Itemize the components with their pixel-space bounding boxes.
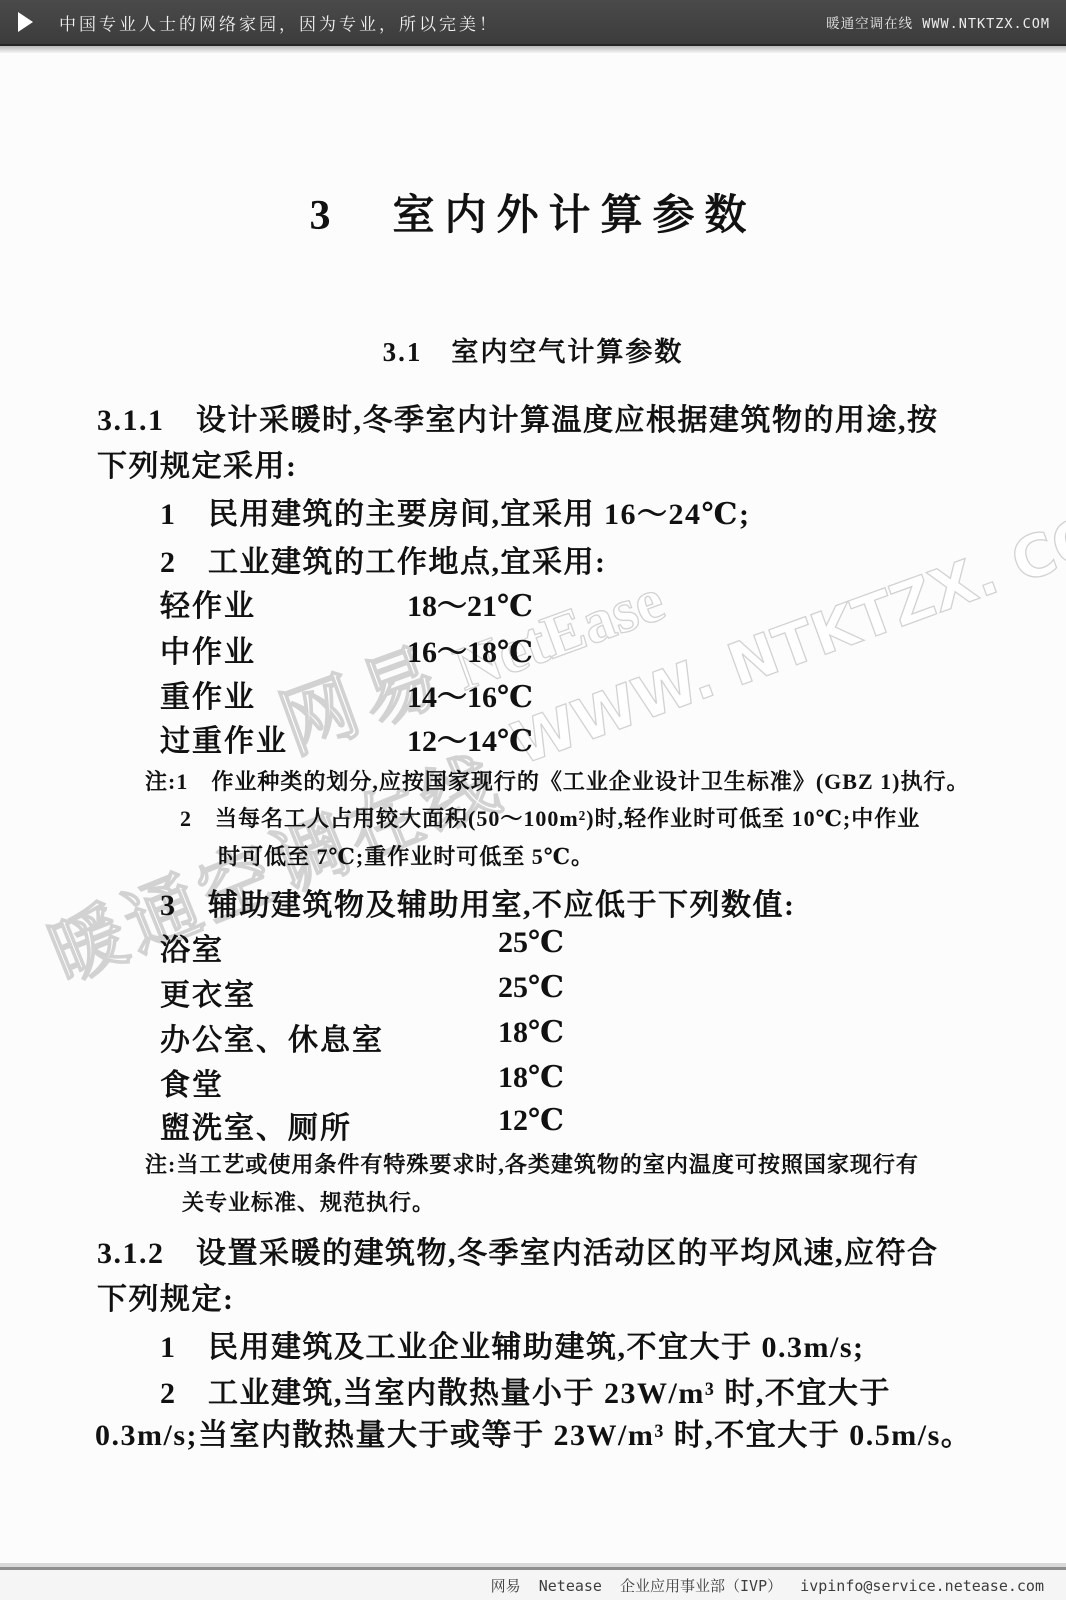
room-row: 浴室 25℃ <box>0 925 1066 961</box>
room-value: 18℃ <box>498 1060 564 1095</box>
work-level-value: 14～16℃ <box>407 672 533 716</box>
clause-312-line2: 下列规定: <box>97 1274 235 1318</box>
clause-311-note3-line2: 关专业标准、规范执行。 <box>182 1186 435 1217</box>
room-value: 12℃ <box>498 1103 564 1138</box>
clause-312-line1: 3.1.2 设置采暖的建筑物,冬季室内活动区的平均风速,应符合 <box>97 1228 939 1272</box>
clause-311-note3-line1: 注:当工艺或使用条件有特殊要求时,各类建筑物的室内温度可按照国家现行有 <box>145 1148 919 1179</box>
clause-311-item1: 1 民用建筑的主要房间,宜采用 16～24℃; <box>160 489 750 533</box>
work-level-value: 16～18℃ <box>407 627 533 671</box>
work-level-label: 中作业 <box>160 627 256 671</box>
header-slogan: 中国专业人士的网络家园，因为专业，所以完美！ <box>59 10 499 35</box>
work-level-value: 12～14℃ <box>407 716 533 760</box>
clause-311-note1: 注:1 作业种类的划分,应按国家现行的《工业企业设计卫生标准》(GBZ 1)执行… <box>145 765 969 796</box>
work-level-row: 轻作业 18～21℃ <box>0 581 1066 617</box>
room-label: 盥洗室、厕所 <box>160 1103 352 1147</box>
section-title: 3.1 室内空气计算参数 <box>0 330 1066 369</box>
work-level-label: 过重作业 <box>160 716 288 760</box>
room-value: 18℃ <box>498 1015 564 1050</box>
clause-312-item1: 1 民用建筑及工业企业辅助建筑,不宜大于 0.3m/s; <box>160 1322 865 1366</box>
work-level-label: 重作业 <box>160 672 256 716</box>
room-row: 更衣室 25℃ <box>0 970 1066 1006</box>
room-row: 办公室、休息室 18℃ <box>0 1015 1066 1051</box>
play-triangle-icon <box>18 12 33 32</box>
clause-311-line1: 3.1.1 设计采暖时,冬季室内计算温度应根据建筑物的用途,按 <box>97 395 939 439</box>
header-banner: 中国专业人士的网络家园，因为专业，所以完美！ 暖通空调在线 WWW.NTKTZX… <box>0 0 1066 46</box>
scanned-document-page: 中国专业人士的网络家园，因为专业，所以完美！ 暖通空调在线 WWW.NTKTZX… <box>0 0 1066 1600</box>
footer-text: 网易 Netease 企业应用事业部（IVP） ivpinfo@service.… <box>491 1575 1044 1596</box>
room-row: 盥洗室、厕所 12℃ <box>0 1103 1066 1139</box>
room-value: 25℃ <box>498 970 564 1005</box>
work-level-row: 中作业 16～18℃ <box>0 627 1066 663</box>
clause-311-item3: 3 辅助建筑物及辅助用室,不应低于下列数值: <box>160 880 796 924</box>
room-label: 浴室 <box>160 925 224 969</box>
work-level-row: 重作业 14～16℃ <box>0 672 1066 708</box>
clause-312-item2-line2: 0.3m/s;当室内散热量大于或等于 23W/m³ 时,不宜大于 0.5m/s。 <box>95 1410 972 1454</box>
header-site-label: 暖通空调在线 WWW.NTKTZX.COM <box>826 12 1050 32</box>
clause-311-item2: 2 工业建筑的工作地点,宜采用: <box>160 537 607 581</box>
clause-311-note2-line1: 2 当每名工人占用较大面积(50～100m²)时,轻作业时可低至 10℃;中作业 <box>180 802 920 833</box>
clause-312-item2-line1: 2 工业建筑,当室内散热量小于 23W/m³ 时,不宜大于 <box>160 1368 891 1412</box>
clause-311-note2-line2: 时可低至 7℃;重作业时可低至 5℃。 <box>218 840 594 871</box>
clause-311-line2: 下列规定采用: <box>97 441 298 485</box>
room-label: 食堂 <box>160 1060 224 1104</box>
work-level-row: 过重作业 12～14℃ <box>0 716 1066 752</box>
room-label: 办公室、休息室 <box>160 1015 384 1059</box>
footer-bar: 网易 Netease 企业应用事业部（IVP） ivpinfo@service.… <box>0 1567 1066 1600</box>
header-shadow <box>0 46 1066 53</box>
work-level-value: 18～21℃ <box>407 581 533 625</box>
room-row: 食堂 18℃ <box>0 1060 1066 1096</box>
room-value: 25℃ <box>498 925 564 960</box>
work-level-label: 轻作业 <box>160 581 256 625</box>
chapter-title: 3 室内外计算参数 <box>0 182 1066 242</box>
room-label: 更衣室 <box>160 970 256 1014</box>
